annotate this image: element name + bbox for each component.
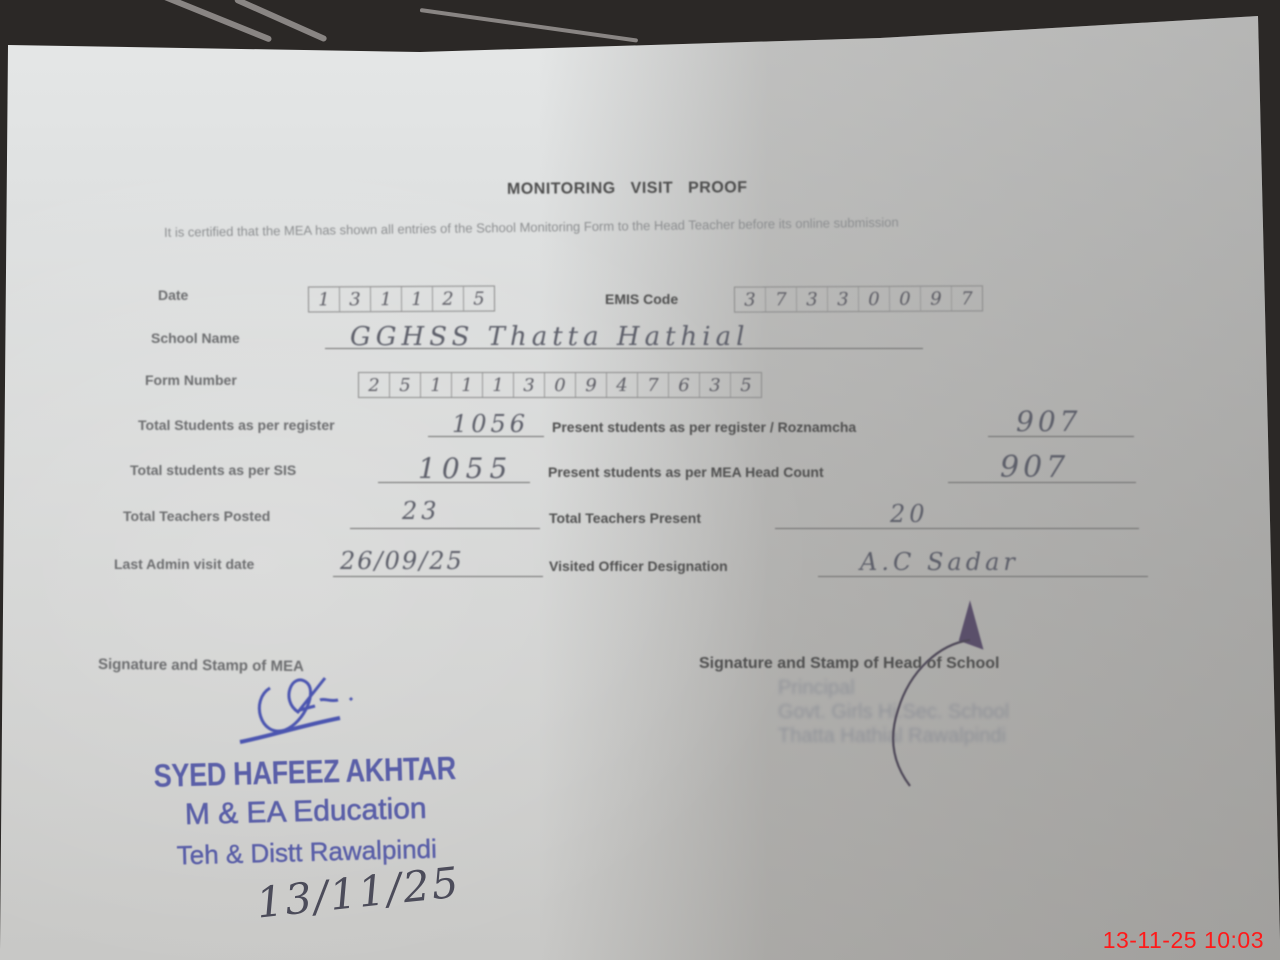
emis-digit: 0: [890, 287, 921, 311]
emis-digit: 0: [859, 287, 890, 311]
emis-digit: 7: [952, 286, 982, 310]
form-title: MONITORING VISIT PROOF: [507, 179, 748, 199]
date-digit: 1: [309, 287, 340, 311]
paper-sheet: MONITORING VISIT PROOF It is certified t…: [0, 0, 1280, 960]
mea-stamp-name: SYED HAFEEZ AKHTAR: [153, 748, 456, 796]
last-admin-visit-value: 26/09/25: [340, 547, 464, 575]
visited-officer-value: A.C Sadar: [860, 548, 1019, 576]
form-number-digit: 1: [421, 373, 452, 397]
background-cord: [420, 8, 638, 43]
form-number-label: Form Number: [145, 372, 237, 388]
date-digit: 1: [371, 287, 402, 311]
total-students-register-value: 1056: [452, 410, 529, 438]
total-teachers-present-label: Total Teachers Present: [549, 510, 701, 526]
school-name-value: GGHSS Thatta Hathial: [350, 322, 749, 352]
date-digit: 2: [433, 287, 464, 311]
total-students-sis-value: 1055: [418, 452, 513, 485]
form-number-digit: 7: [638, 373, 669, 397]
total-students-register-label: Total Students as per register: [138, 417, 335, 433]
form-number-digit: 2: [359, 373, 390, 397]
total-teachers-present-value: 20: [890, 500, 929, 528]
emis-digit: 3: [735, 287, 766, 311]
total-teachers-present-line: [775, 528, 1139, 529]
form-number-digit-boxes: 2511130947635: [358, 372, 762, 398]
present-students-headcount-label: Present students as per MEA Head Count: [548, 464, 824, 480]
date-digit-boxes: 131125: [308, 286, 495, 313]
form-number-digit: 1: [452, 373, 483, 397]
visited-officer-label: Visited Officer Designation: [549, 558, 728, 574]
form-number-digit: 3: [700, 373, 731, 397]
background-cord: [234, 0, 328, 42]
emis-digit: 9: [921, 287, 952, 311]
camera-timestamp: 13-11-25 10:03: [1103, 927, 1264, 954]
total-teachers-posted-line: [350, 528, 540, 529]
emis-code-label: EMIS Code: [605, 291, 678, 307]
form-number-digit: 3: [514, 373, 545, 397]
present-students-headcount-value: 907: [1000, 450, 1069, 485]
date-digit: 5: [464, 287, 494, 311]
visited-officer-line: [818, 576, 1148, 577]
date-digit: 3: [340, 287, 371, 311]
present-students-register-label: Present students as per register / Rozna…: [552, 419, 856, 435]
emis-digit: 3: [828, 287, 859, 311]
last-admin-visit-label: Last Admin visit date: [114, 556, 254, 572]
form-number-digit: 9: [576, 373, 607, 397]
form-number-digit: 1: [483, 373, 514, 397]
form-number-digit: 0: [545, 373, 576, 397]
emis-digit: 3: [797, 287, 828, 311]
form-number-digit: 4: [607, 373, 638, 397]
form-number-digit: 5: [731, 373, 761, 397]
date-label: Date: [158, 287, 188, 303]
emis-digit: 7: [766, 287, 797, 311]
present-students-register-value: 907: [1016, 405, 1081, 438]
certification-text: It is certified that the MEA has shown a…: [164, 207, 1144, 245]
form-number-digit: 5: [390, 373, 421, 397]
total-students-sis-label: Total students as per SIS: [130, 462, 296, 478]
emis-code-digit-boxes: 37330097: [734, 285, 983, 312]
form-number-digit: 6: [669, 373, 700, 397]
date-digit: 1: [402, 287, 433, 311]
total-teachers-posted-value: 23: [402, 497, 441, 525]
school-name-label: School Name: [151, 330, 240, 346]
last-admin-visit-line: [333, 576, 543, 577]
head-of-school-signature: [870, 600, 1010, 800]
mea-stamp: SYED HAFEEZ AKHTAR M & EA Education Teh …: [126, 747, 484, 876]
total-teachers-posted-label: Total Teachers Posted: [123, 508, 270, 524]
